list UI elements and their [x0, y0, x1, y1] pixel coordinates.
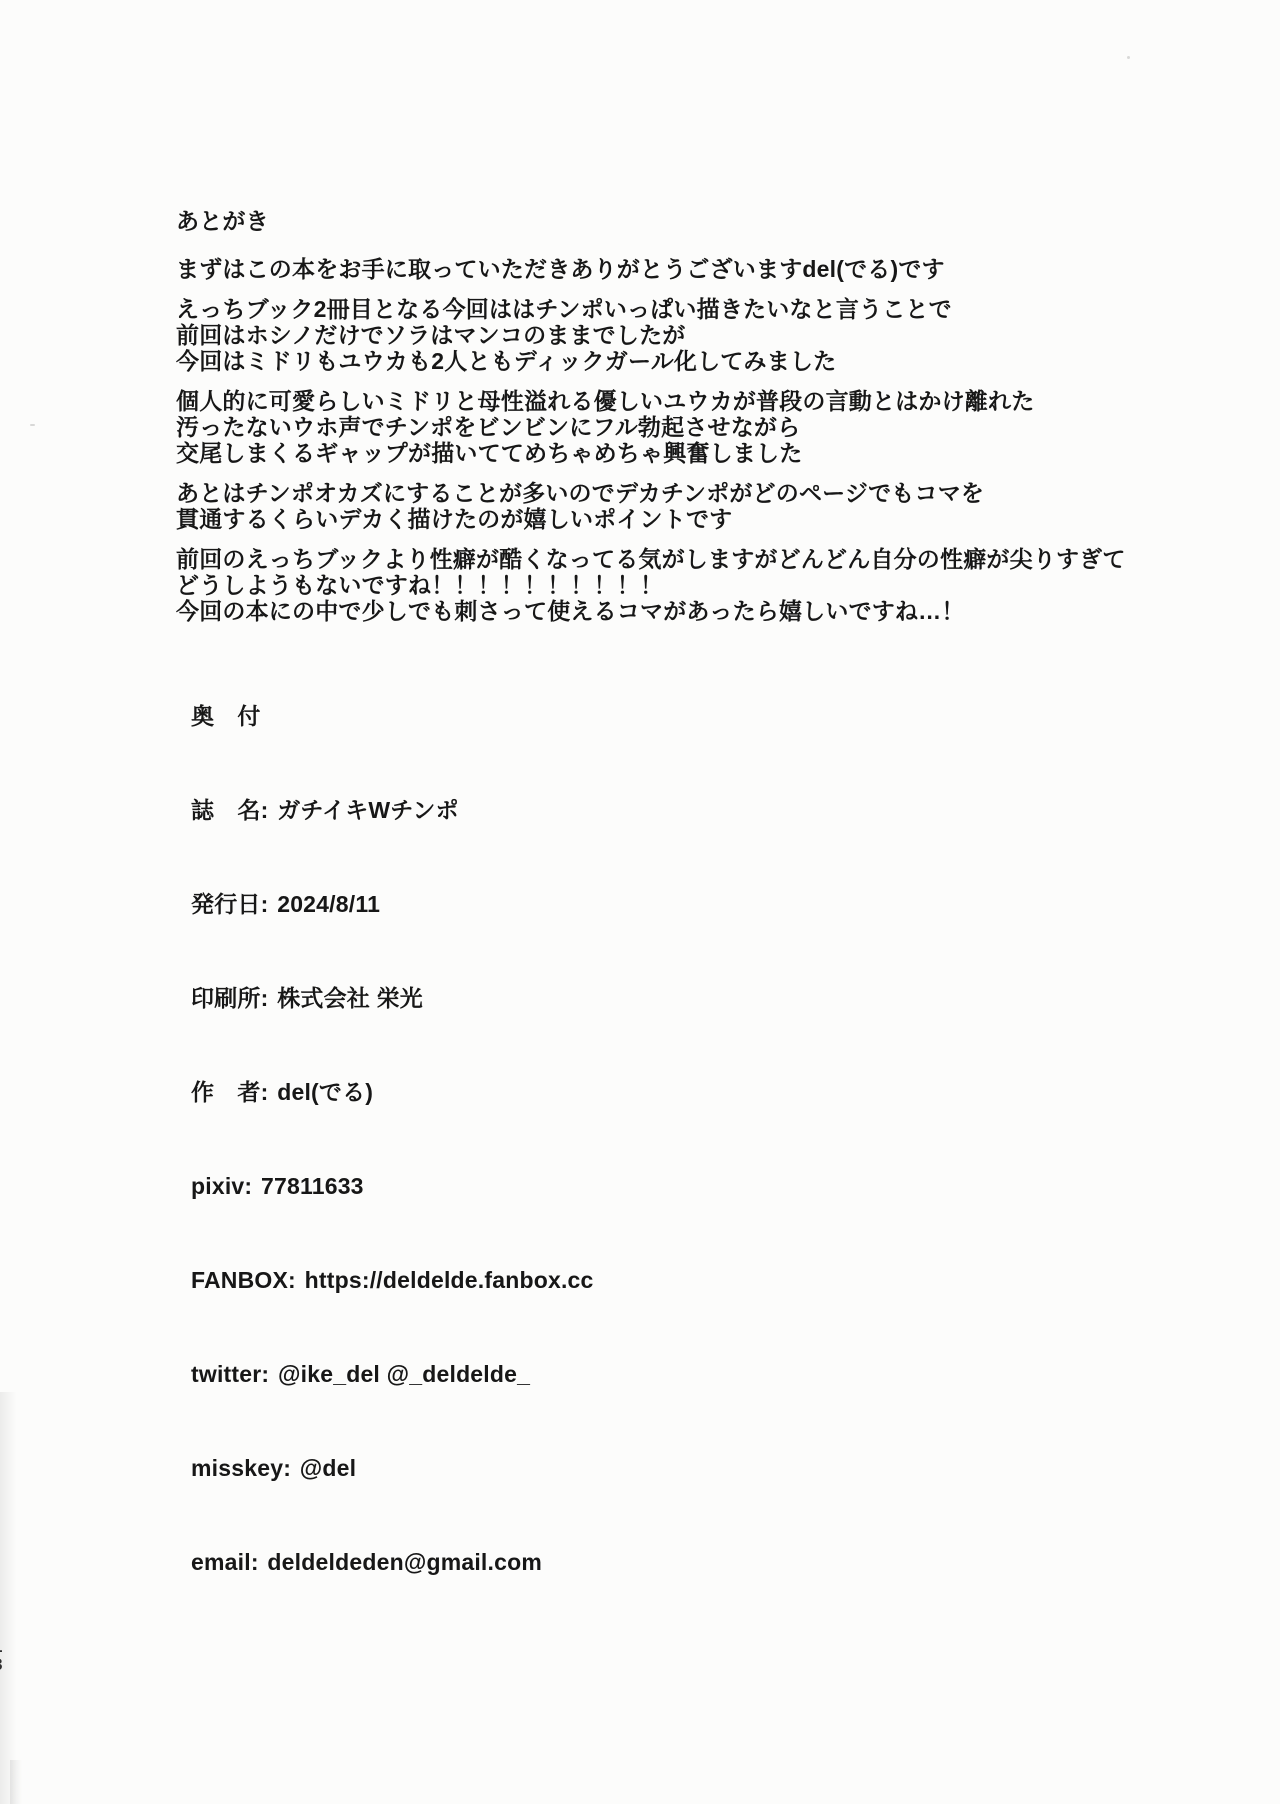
afterword-paragraph: あとはチンポオカズにすることが多いのでデカチンポがどのページでもコマを 貫通する… [176, 480, 1216, 532]
colophon-label: FANBOX: [191, 1267, 296, 1293]
colophon-value: ガチイキWチンポ [277, 797, 459, 823]
colophon-value: 77811633 [261, 1173, 364, 1199]
colophon-label: twitter: [191, 1361, 269, 1387]
afterword-line: 汚ったないウホ声でチンポをビンビンにフル勃起させながら [176, 414, 1216, 440]
colophon-row-title: 誌 名:ガチイキWチンポ [191, 799, 594, 823]
colophon-label: 印刷所: [191, 985, 268, 1011]
scan-edge-shadow [0, 1392, 22, 1804]
colophon-row-email: email:deldeldeden@gmail.com [191, 1551, 594, 1575]
colophon-section: 奥 付 誌 名:ガチイキWチンポ 発行日:2024/8/11 印刷所:株式会社 … [191, 658, 594, 1622]
afterword-line: 貫通するくらいデカく描けたのが嬉しいポイントです [176, 506, 1216, 532]
scan-speck [1127, 56, 1130, 59]
afterword-line: 前回はホシノだけでソラはマンコのままでしたが [176, 322, 1216, 348]
afterword-line: あとはチンポオカズにすることが多いのでデカチンポがどのページでもコマを [176, 480, 1216, 506]
afterword-paragraph: えっちブック2冊目となる今回ははチンポいっぱい描きたいなと言うことで 前回はホシ… [176, 296, 1216, 374]
afterword-paragraph: 個人的に可愛らしいミドリと母性溢れる優しいユウカが普段の言動とはかけ離れた 汚っ… [176, 388, 1216, 466]
afterword-section: あとがき まずはこの本をお手に取っていただきありがとうございますdel(でる)で… [176, 208, 1216, 624]
scanned-page: あとがき まずはこの本をお手に取っていただきありがとうございますdel(でる)で… [0, 0, 1280, 1804]
colophon-value: deldeldeden@gmail.com [267, 1549, 542, 1575]
scan-speck [30, 424, 35, 426]
colophon-value: @del [300, 1455, 356, 1481]
colophon-label: misskey: [191, 1455, 291, 1481]
colophon-value: 株式会社 栄光 [277, 985, 423, 1011]
colophon-row-author: 作 者:del(でる) [191, 1081, 594, 1105]
colophon-label: pixiv: [191, 1173, 252, 1199]
colophon-label: 発行日: [191, 891, 268, 917]
colophon-row-pixiv: pixiv:77811633 [191, 1175, 594, 1199]
colophon-row-twitter: twitter:@ike_del @_deldelde_ [191, 1363, 594, 1387]
scan-edge-shadow-lower [10, 1760, 22, 1804]
afterword-line: 個人的に可愛らしいミドリと母性溢れる優しいユウカが普段の言動とはかけ離れた [176, 388, 1216, 414]
colophon-row-misskey: misskey:@del [191, 1457, 594, 1481]
colophon-label: 作 者: [191, 1079, 268, 1105]
afterword-line: えっちブック2冊目となる今回ははチンポいっぱい描きたいなと言うことで [176, 296, 1216, 322]
colophon-row-fanbox: FANBOX:https://deldelde.fanbox.cc [191, 1269, 594, 1293]
afterword-line: 今回の本にの中で少しでも刺さって使えるコマがあったら嬉しいですね…！ [176, 598, 1216, 624]
afterword-line: まずはこの本をお手に取っていただきありがとうございますdel(でる)です [176, 256, 1216, 282]
afterword-paragraph: まずはこの本をお手に取っていただきありがとうございますdel(でる)です [176, 256, 1216, 282]
afterword-line: 交尾しまくるギャップが描いててめちゃめちゃ興奮しました [176, 440, 1216, 466]
clipped-page-digit-lower: 8 [0, 1656, 2, 1673]
colophon-heading: 奥 付 [191, 705, 594, 729]
colophon-row-printer: 印刷所:株式会社 栄光 [191, 987, 594, 1011]
colophon-label: email: [191, 1549, 259, 1575]
colophon-value: @ike_del @_deldelde_ [278, 1361, 530, 1387]
colophon-label: 誌 名: [191, 797, 268, 823]
afterword-heading: あとがき [176, 208, 1216, 234]
afterword-line: どうしようもないですね！！！！！！！！！！ [176, 572, 1216, 598]
colophon-value: 2024/8/11 [277, 891, 380, 917]
afterword-paragraph: 前回のえっちブックより性癖が酷くなってる気がしますがどんどん自分の性癖が尖りすぎ… [176, 546, 1216, 624]
clipped-page-digit-upper: 1 [0, 1638, 2, 1655]
colophon-row-date: 発行日:2024/8/11 [191, 893, 594, 917]
colophon-value: https://deldelde.fanbox.cc [305, 1267, 594, 1293]
afterword-line: 前回のえっちブックより性癖が酷くなってる気がしますがどんどん自分の性癖が尖りすぎ… [176, 546, 1216, 572]
afterword-line: 今回はミドリもユウカも2人ともディックガール化してみました [176, 348, 1216, 374]
colophon-value: del(でる) [277, 1079, 373, 1105]
